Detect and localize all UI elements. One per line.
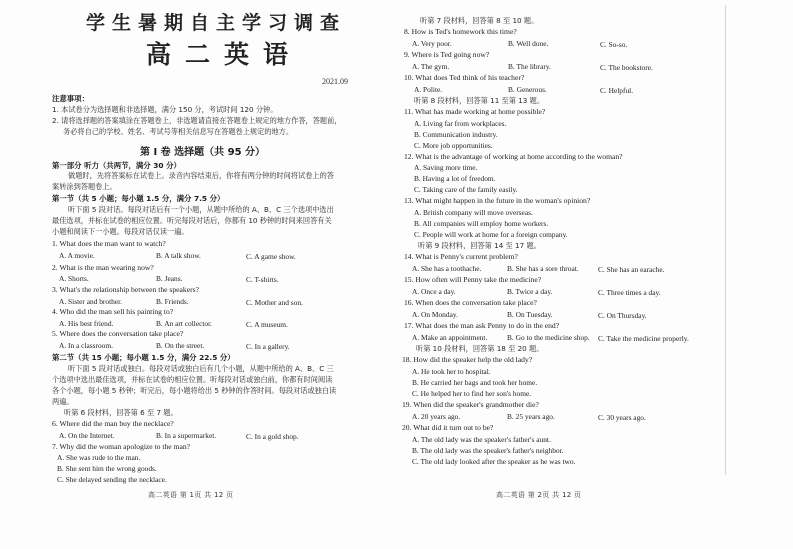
page-2-footer: 高二英语 第 2页 共 12 页 [496,490,581,500]
question-text: 2. What is the man wearing now? [52,263,154,272]
option-c: C. The bookstore. [600,63,653,72]
option-b: B. The old lady was the speaker's father… [412,446,564,455]
option-c: C. She delayed sending the necklace. [57,475,167,484]
option-b: B. A talk show. [156,251,201,260]
part-1-intro-line-1: 做题时，先将答案标在试卷上。录音内容结束后，你将有两分钟的时间将试卷上的答 [68,171,334,181]
question-text: 8. How is Ted's homework this time? [404,27,517,36]
question-text: 7. Why did the woman apologize to the ma… [52,442,190,451]
option-b: B. An art collector. [156,319,212,328]
question-text: 14. What is Penny's current problem? [404,252,518,261]
option-a: A. A movie. [59,251,95,260]
option-b: B. Friends. [156,297,189,306]
option-a: A. The gym. [412,62,449,71]
option-a: A. Polite. [414,85,442,94]
option-c: C. She has an earache. [598,265,665,274]
option-a: A. His best friend. [59,319,113,328]
question-text: 10. What does Ted think of his teacher? [404,73,524,82]
question-text: 19. When did the speaker's grandmother d… [402,400,539,409]
option-b: B. Well done. [508,39,548,48]
option-c: C. 30 years ago. [598,413,646,422]
exam-subject: 高二英语 [146,35,302,71]
question-text: 9. Where is Ted going now? [404,50,489,59]
option-a: A. Shorts. [59,274,89,283]
option-b: B. All companies will employ home worker… [414,219,548,228]
option-a: A. Sister and brother. [59,297,122,306]
option-c: C. Helpful. [600,86,633,95]
option-c: C. In a gold shop. [246,432,299,441]
question-text: 6. Where did the man buy the necklace? [52,419,174,428]
option-b: B. Generous. [508,85,547,94]
option-b: B. Jeans. [156,274,182,283]
option-a: A. Once a day. [412,287,456,296]
option-c: C. People will work at home for a foreig… [414,230,568,239]
question-text: 3. What's the relationship between the s… [52,285,199,294]
question-text: 17. What does the man ask Penny to do in… [404,321,559,330]
option-b: B. Having a lot of freedom. [414,174,495,183]
question-text: 5. Where does the conversation take plac… [52,329,183,338]
option-c: C. A museum. [246,320,288,329]
option-c: C. T-shirts. [246,275,279,284]
option-b: B. She sent him the wrong goods. [57,464,157,473]
section-2-intro-line-4: 两遍。 [52,397,74,407]
option-c: C. He helped her to find her son's home. [412,389,531,398]
option-b: B. The library. [508,62,551,71]
material-9-instruction: 听第 9 段材料，回答第 14 至 17 题。 [418,241,541,251]
option-a: A. On the Internet. [59,431,115,440]
option-a: A. Make an appointment. [412,333,487,342]
option-c: C. On Thursday. [598,311,647,320]
question-text: 15. How often will Penny take the medici… [404,275,541,284]
material-8-instruction: 听第 8 段材料，回答第 11 至第 13 题。 [414,96,544,106]
material-7-instruction: 听第 7 段材料，回答第 8 至 10 题。 [420,16,538,26]
option-c: C. Taking care of the family easily. [414,185,518,194]
question-text: 13. What might happen in the future in t… [404,196,590,205]
option-b: B. 25 years ago. [507,412,555,421]
exam-title: 学生暑期自主学习调查 [86,8,346,35]
option-b: B. In a supermarket. [156,431,216,440]
section-2-intro-line-2: 个选项中选出最佳选项，并标在试卷的相应位置。听每段对话或独白前，你都有时间阅读 [52,375,332,385]
section-1-intro-line-1: 听下面 5 段对话。每段对话后有一个小题，从题中所给的 A、B、C 三个选项中选… [68,205,334,215]
question-text: 1. What does the man want to watch? [52,239,166,248]
material-6-instruction: 听第 6 段材料，回答第 6 至 7 题。 [64,408,178,418]
option-b: B. On Tuesday. [507,310,553,319]
exam-date: 2021.09 [322,77,348,86]
option-a: A. Living far from workplaces. [414,119,506,128]
option-c: C. In a gallery. [246,342,290,351]
notice-item-1: 1. 本试卷分为选择题和非选择题，满分 150 分，考试时间 120 分钟。 [52,105,277,115]
page-1-footer: 高二英语 第 1页 共 12 页 [148,490,233,500]
option-a: A. She has a toothache. [412,264,481,273]
option-c: C. More job opportunities. [414,141,493,150]
section-2-intro-line-3: 各个小题，每小题 5 秒钟；听完后，每小题将给出 5 秒钟的作答时间。每段对话或… [52,386,336,396]
section-1-intro-line-3: 小题和阅读下一小题。每段对话仅读一遍。 [52,227,189,237]
option-c: C. The old lady looked after the speaker… [412,457,575,466]
part-1-intro-line-2: 案转涂到答题卷上。 [52,182,117,192]
question-text: 11. What has made working at home possib… [404,107,545,116]
option-a: A. In a classroom. [59,341,113,350]
option-a: A. 20 years ago. [412,412,460,421]
notice-heading: 注意事项： [52,93,89,104]
question-text: 4. Who did the man sell his painting to? [52,307,173,316]
notice-item-2-cont: 务必将自己的学校、姓名、考试号等相关信息写在答题卷上规定的地方。 [63,127,293,137]
option-a: A. She was rude to the man. [57,453,140,462]
option-a: A. British company will move overseas. [414,208,533,217]
question-text: 20. What did it turn out to be? [402,423,493,432]
option-b: B. She has a sore throat. [507,264,579,273]
material-10-instruction: 听第 10 段材料，回答第 18 至 20 题。 [416,344,543,354]
page-edge-divider [725,5,726,475]
option-c: C. So-so. [600,40,627,49]
part-1-title: 第一部分 听力（共两节，满分 30 分） [52,160,181,171]
section-1-title: 第一节（共 5 小题；每小题 1.5 分，满分 7.5 分） [52,193,224,204]
section-2-title: 第二节（共 15 小题；每小题 1.5 分，满分 22.5 分） [52,352,235,363]
option-b: B. He carried her bags and took her home… [412,378,537,387]
volume-1-title: 第 I 卷 选择题（共 95 分） [140,143,265,158]
notice-item-2: 2. 请将选择题的答案填涂在答题卷上，非选题请直接在答题卷上规定的地方作答，答题… [52,116,341,126]
section-1-intro-line-2: 最佳选项，并标在试卷的相应位置。听完每段对话后，你都有 10 秒钟的时间来回答有… [52,216,332,226]
option-a: A. He took her to hospital. [412,367,491,376]
option-b: B. Go to the medicine shop. [507,333,590,342]
question-text: 12. What is the advantage of working at … [404,152,623,161]
option-c: C. A game show. [246,252,296,261]
option-a: A. Saving more time. [414,163,477,172]
section-2-intro-line-1: 听下面 5 段对话或独白。每段对话或独白后有几个小题，从题中所给的 A、B、C … [68,364,334,374]
option-c: C. Take the medicine properly. [598,334,689,343]
question-text: 18. How did the speaker help the old lad… [402,355,532,364]
option-c: C. Mother and son. [246,298,303,307]
option-b: B. Twice a day. [507,287,552,296]
option-c: C. Three times a day. [598,288,661,297]
option-a: A. On Monday. [412,310,458,319]
question-text: 16. When does the conversation take plac… [404,298,537,307]
option-a: A. Very poor. [412,39,452,48]
option-b: B. On the street. [156,341,204,350]
option-b: B. Communication industry. [414,130,498,139]
option-a: A. The old lady was the speaker's father… [412,435,551,444]
